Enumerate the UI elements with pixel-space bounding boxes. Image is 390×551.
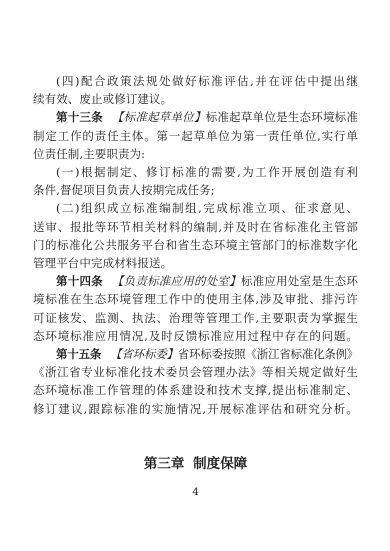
text-line: (二)组织成立标准编制组,完成标准立项、征求意见、 [33, 199, 358, 217]
document-page: (四)配合政策法规处做好标准评估,并在评估中提出继 续有效、废止或修订建议。 第… [0, 0, 390, 551]
text-line: 态环境标准工作管理的体系建设和技术支撑,提出标准制定、 [33, 381, 358, 399]
line-text: 境标准在生态环境管理工作中的使用主体,涉及审批、排污许 [33, 292, 358, 306]
text-line: 《浙江省专业标准化技术委员会管理办法》等相关规定做好生 [33, 363, 358, 381]
article-number-label: 第十四条 [56, 274, 103, 288]
text-line: 制定工作的责任主体。第一起草单位为第一责任单位,实行单 [33, 127, 358, 145]
article-number-label: 第十三条 [56, 110, 103, 124]
line-text: 可证核发、监测、执法、治理等管理工作,主要职责为掌握生 [33, 311, 358, 325]
text-line: 送审、报批等环节相关材料的编制,并及时在省标准化主管部 [33, 218, 358, 236]
line-text: (二)组织成立标准编制组,完成标准立项、征求意见、 [56, 201, 358, 215]
line-text: 送审、报批等环节相关材料的编制,并及时在省标准化主管部 [33, 220, 358, 234]
line-text: 管理平台中完成材料报送。 [33, 256, 172, 270]
line-text: 修订建议,跟踪标准的实施情况,开展标准评估和研究分析。 [33, 402, 358, 416]
text-line: 位责任制,主要职责为: [33, 145, 358, 163]
text-line: 条件,督促项目负责人按期完成任务; [33, 181, 358, 199]
page-number: 4 [33, 486, 358, 500]
text-line: 续有效、废止或修订建议。 [33, 90, 358, 108]
chapter-heading: 第三章 制度保障 [33, 454, 358, 474]
text-line: 境标准在生态环境管理工作中的使用主体,涉及审批、排污许 [33, 290, 358, 308]
text-line: 修订建议,跟踪标准的实施情况,开展标准评估和研究分析。 [33, 400, 358, 418]
article-topic-label: 【省环标委】 [110, 347, 178, 361]
article-number-label: 第十五条 [56, 347, 101, 361]
text-line: 第十五条【省环标委】省环标委按照《浙江省标准化条例》 [33, 345, 358, 363]
line-text: 态环境标准应用情况,及时反馈标准应用过程中存在的问题。 [33, 329, 358, 343]
line-text: 标准应用处室是生态环 [241, 274, 358, 288]
document-body: (四)配合政策法规处做好标准评估,并在评估中提出继 续有效、废止或修订建议。 第… [33, 72, 358, 500]
text-line: 第十三条【标准起草单位】标准起草单位是生态环境标准 [33, 108, 358, 126]
line-text: 态环境标准工作管理的体系建设和技术支撑,提出标准制定、 [33, 383, 358, 397]
line-text: 《浙江省专业标准化技术委员会管理办法》等相关规定做好生 [33, 365, 358, 379]
line-text: 门的标准化公共服务平台和省生态环境主管部门的标准数字化 [33, 238, 358, 252]
article-topic-label: 【标准起草单位】 [112, 110, 206, 124]
text-line: (四)配合政策法规处做好标准评估,并在评估中提出继 [33, 72, 358, 90]
line-text: 制定工作的责任主体。第一起草单位为第一责任单位,实行单 [33, 129, 358, 143]
line-text: 省环标委按照《浙江省标准化条例》 [178, 347, 358, 361]
article-topic-label: 【负责标准应用的处室】 [112, 274, 241, 288]
text-line: 可证核发、监测、执法、治理等管理工作,主要职责为掌握生 [33, 309, 358, 327]
line-text: 标准起草单位是生态环境标准 [206, 110, 358, 124]
line-text: 条件,督促项目负责人按期完成任务; [33, 183, 215, 197]
line-text: (一)根据制定、修订标准的需要,为工作开展创造有利 [56, 165, 358, 179]
text-line: (一)根据制定、修订标准的需要,为工作开展创造有利 [33, 163, 358, 181]
line-text: 续有效、废止或修订建议。 [33, 92, 172, 106]
line-text: (四)配合政策法规处做好标准评估,并在评估中提出继 [56, 74, 358, 88]
text-line: 门的标准化公共服务平台和省生态环境主管部门的标准数字化 [33, 236, 358, 254]
text-line: 第十四条【负责标准应用的处室】标准应用处室是生态环 [33, 272, 358, 290]
text-line: 态环境标准应用情况,及时反馈标准应用过程中存在的问题。 [33, 327, 358, 345]
line-text: 位责任制,主要职责为: [33, 147, 145, 161]
text-line: 管理平台中完成材料报送。 [33, 254, 358, 272]
